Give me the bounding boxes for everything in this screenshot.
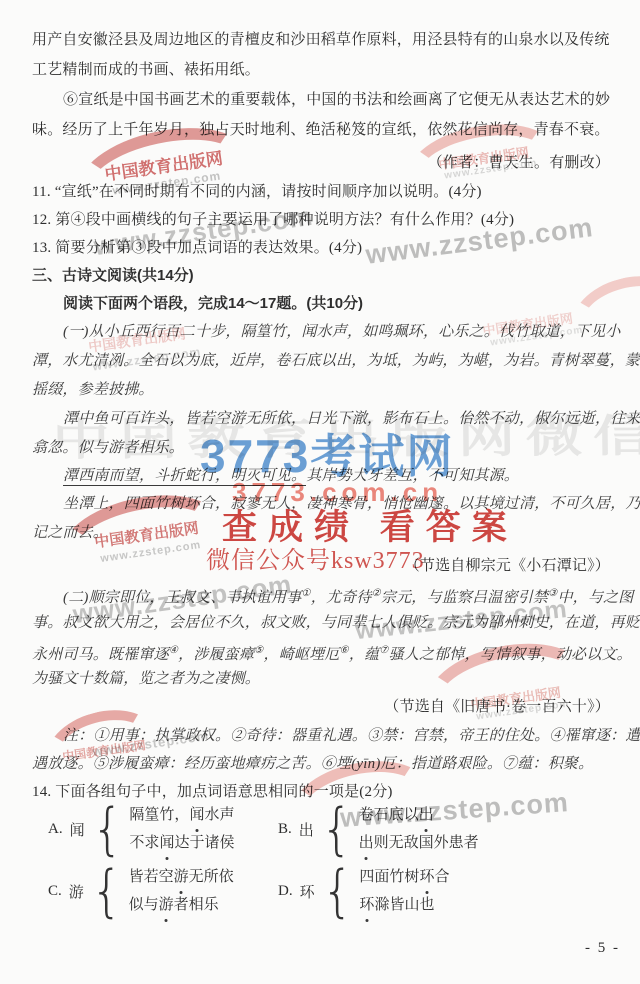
passage-one-source: （节选自柳宗元《小石潭记》）: [32, 556, 612, 576]
passage-one-line: 摇缀，参差披拂。: [32, 380, 610, 400]
passage-one-line: 记之而去。: [32, 523, 610, 543]
option-letter: A.: [48, 821, 63, 838]
brace-icon: {: [321, 797, 353, 862]
question-11: 11. “宣纸”在不同时期有不同的内涵，请按时间顺序加以说明。(4分): [32, 182, 610, 202]
page-number: - 5 -: [585, 940, 620, 957]
option-word: 出: [299, 819, 314, 840]
body-line: 工艺精制而成的书画、裱拓用纸。: [32, 60, 610, 80]
passage-one-line: (一)从小丘西行百二十步，隔篁竹，闻水声，如鸣珮环，心乐之。伐竹取道，下见小: [32, 322, 640, 342]
option-word: 闻: [70, 819, 85, 840]
body-line: 用产自安徽泾县及周边地区的青檀皮和沙田稻草作原料，用泾县特有的山泉水以及传统: [32, 30, 610, 50]
passage-one-line: 潭，水尤清冽。全石以为底，近岸，卷石底以出，为坻，为屿，为嵁，为岩。青树翠蔓，蒙…: [32, 351, 610, 371]
notes-line: 遇放逐。⑤涉履蛮瘴：经历蛮地瘴疠之苦。⑥堙(yīn)厄：指道路艰险。⑦蕴：积聚。: [32, 754, 610, 774]
brace-icon: {: [322, 859, 354, 924]
question-12: 12. 第④段中画横线的句子主要运用了哪种说明方法？有什么作用？(4分): [32, 210, 610, 230]
passage-one-line: 其岸势犬牙差互，不可知其源。: [306, 468, 519, 484]
passage-two-line: (二)顺宗即位，王叔文、韦执谊用事①，尤奇待②宗元，与监察吕温密引禁③中，与之图: [32, 584, 640, 608]
option-a: A. 闻 { 隔篁竹，闻水声 不求闻达于诸侯: [48, 800, 234, 858]
option-b: B. 出 { 卷石底以出 出则无敌国外患者: [278, 800, 479, 858]
passage-one-line: 坐潭上，四面竹树环合，寂寥无人，凄神寒骨，悄怆幽邃。以其境过清，不可久居，乃: [32, 494, 640, 514]
passage-one-line: 潭中鱼可百许头，皆若空游无所依，日光下澈，影布石上。佁然不动，俶尔远逝，往来: [32, 409, 640, 429]
option-word: 环: [300, 881, 315, 902]
section-heading: 三、古诗文阅读(共14分): [32, 266, 610, 286]
option-sentence: 环滁皆山也: [359, 891, 449, 919]
option-sentence: 皆若空游无所依: [129, 863, 234, 891]
brace-icon: {: [92, 797, 124, 862]
option-letter: D.: [278, 883, 293, 900]
option-sentence: 出则无敌国外患者: [359, 829, 479, 857]
question-13: 13. 简要分析第③段中加点词语的表达效果。(4分): [32, 238, 610, 258]
option-d: D. 环 { 四面竹树环合 环滁皆山也: [278, 862, 449, 920]
passage-one-line: 潭西南而望，斗折蛇行，明灭可见。其岸势犬牙差互，不可知其源。: [32, 466, 640, 486]
brace-icon: {: [91, 859, 123, 924]
exam-page: 中国教育出版网 www.zzstep.com 中国教育出版网 www.zzste…: [0, 0, 640, 984]
body-line: 味。经历了上千年岁月，独占天时地利、绝活秘笈的宣纸，依然花信尚存，青春不衰。: [32, 120, 610, 140]
author-attribution: （作者：曹天生。有删改）: [32, 153, 612, 173]
option-sentence: 不求闻达于诸侯: [129, 829, 234, 857]
option-word: 游: [69, 881, 84, 902]
option-sentence: 卷石底以出: [359, 801, 479, 829]
notes-line: 注：①用事：执掌政权。②奇待：器重礼遇。③禁：宫禁，帝王的住处。④罹窜逐：遭: [32, 726, 640, 746]
passage-two-line: 永州司马。既罹窜逐④，涉履蛮瘴⑤，崎岖堙厄⑥，蕴⑦骚人之郁悼，写情叙事，动必以文…: [32, 641, 610, 665]
option-sentence: 似与游者相乐: [129, 891, 234, 919]
option-sentence: 隔篁竹，闻水声: [129, 801, 234, 829]
passage-two-line: 事。叔文欲大用之，会居位不久，叔文败，与同辈七人俱贬。宗元为邵州刺史，在道，再贬: [32, 613, 610, 633]
option-c: C. 游 { 皆若空游无所依 似与游者相乐: [48, 862, 234, 920]
option-sentence: 四面竹树环合: [359, 863, 449, 891]
body-line: ⑥宣纸是中国书画艺术的重要载体，中国的书法和绘画离了它便无从表达艺术的妙: [32, 90, 640, 110]
passage-one-line: 翕忽。似与游者相乐。: [32, 438, 610, 458]
passage-two-line: 为骚文十数篇，览之者为之凄恻。: [32, 669, 610, 689]
passage-two-source: （节选自《旧唐书·卷一百六十》）: [32, 697, 612, 717]
option-letter: C.: [48, 883, 62, 900]
section-instruction: 阅读下面两个语段，完成14～17题。(共10分): [32, 294, 640, 314]
option-letter: B.: [278, 821, 292, 838]
underlined-sentence: 潭西南而望，斗折蛇行，明灭可见。: [63, 468, 306, 486]
